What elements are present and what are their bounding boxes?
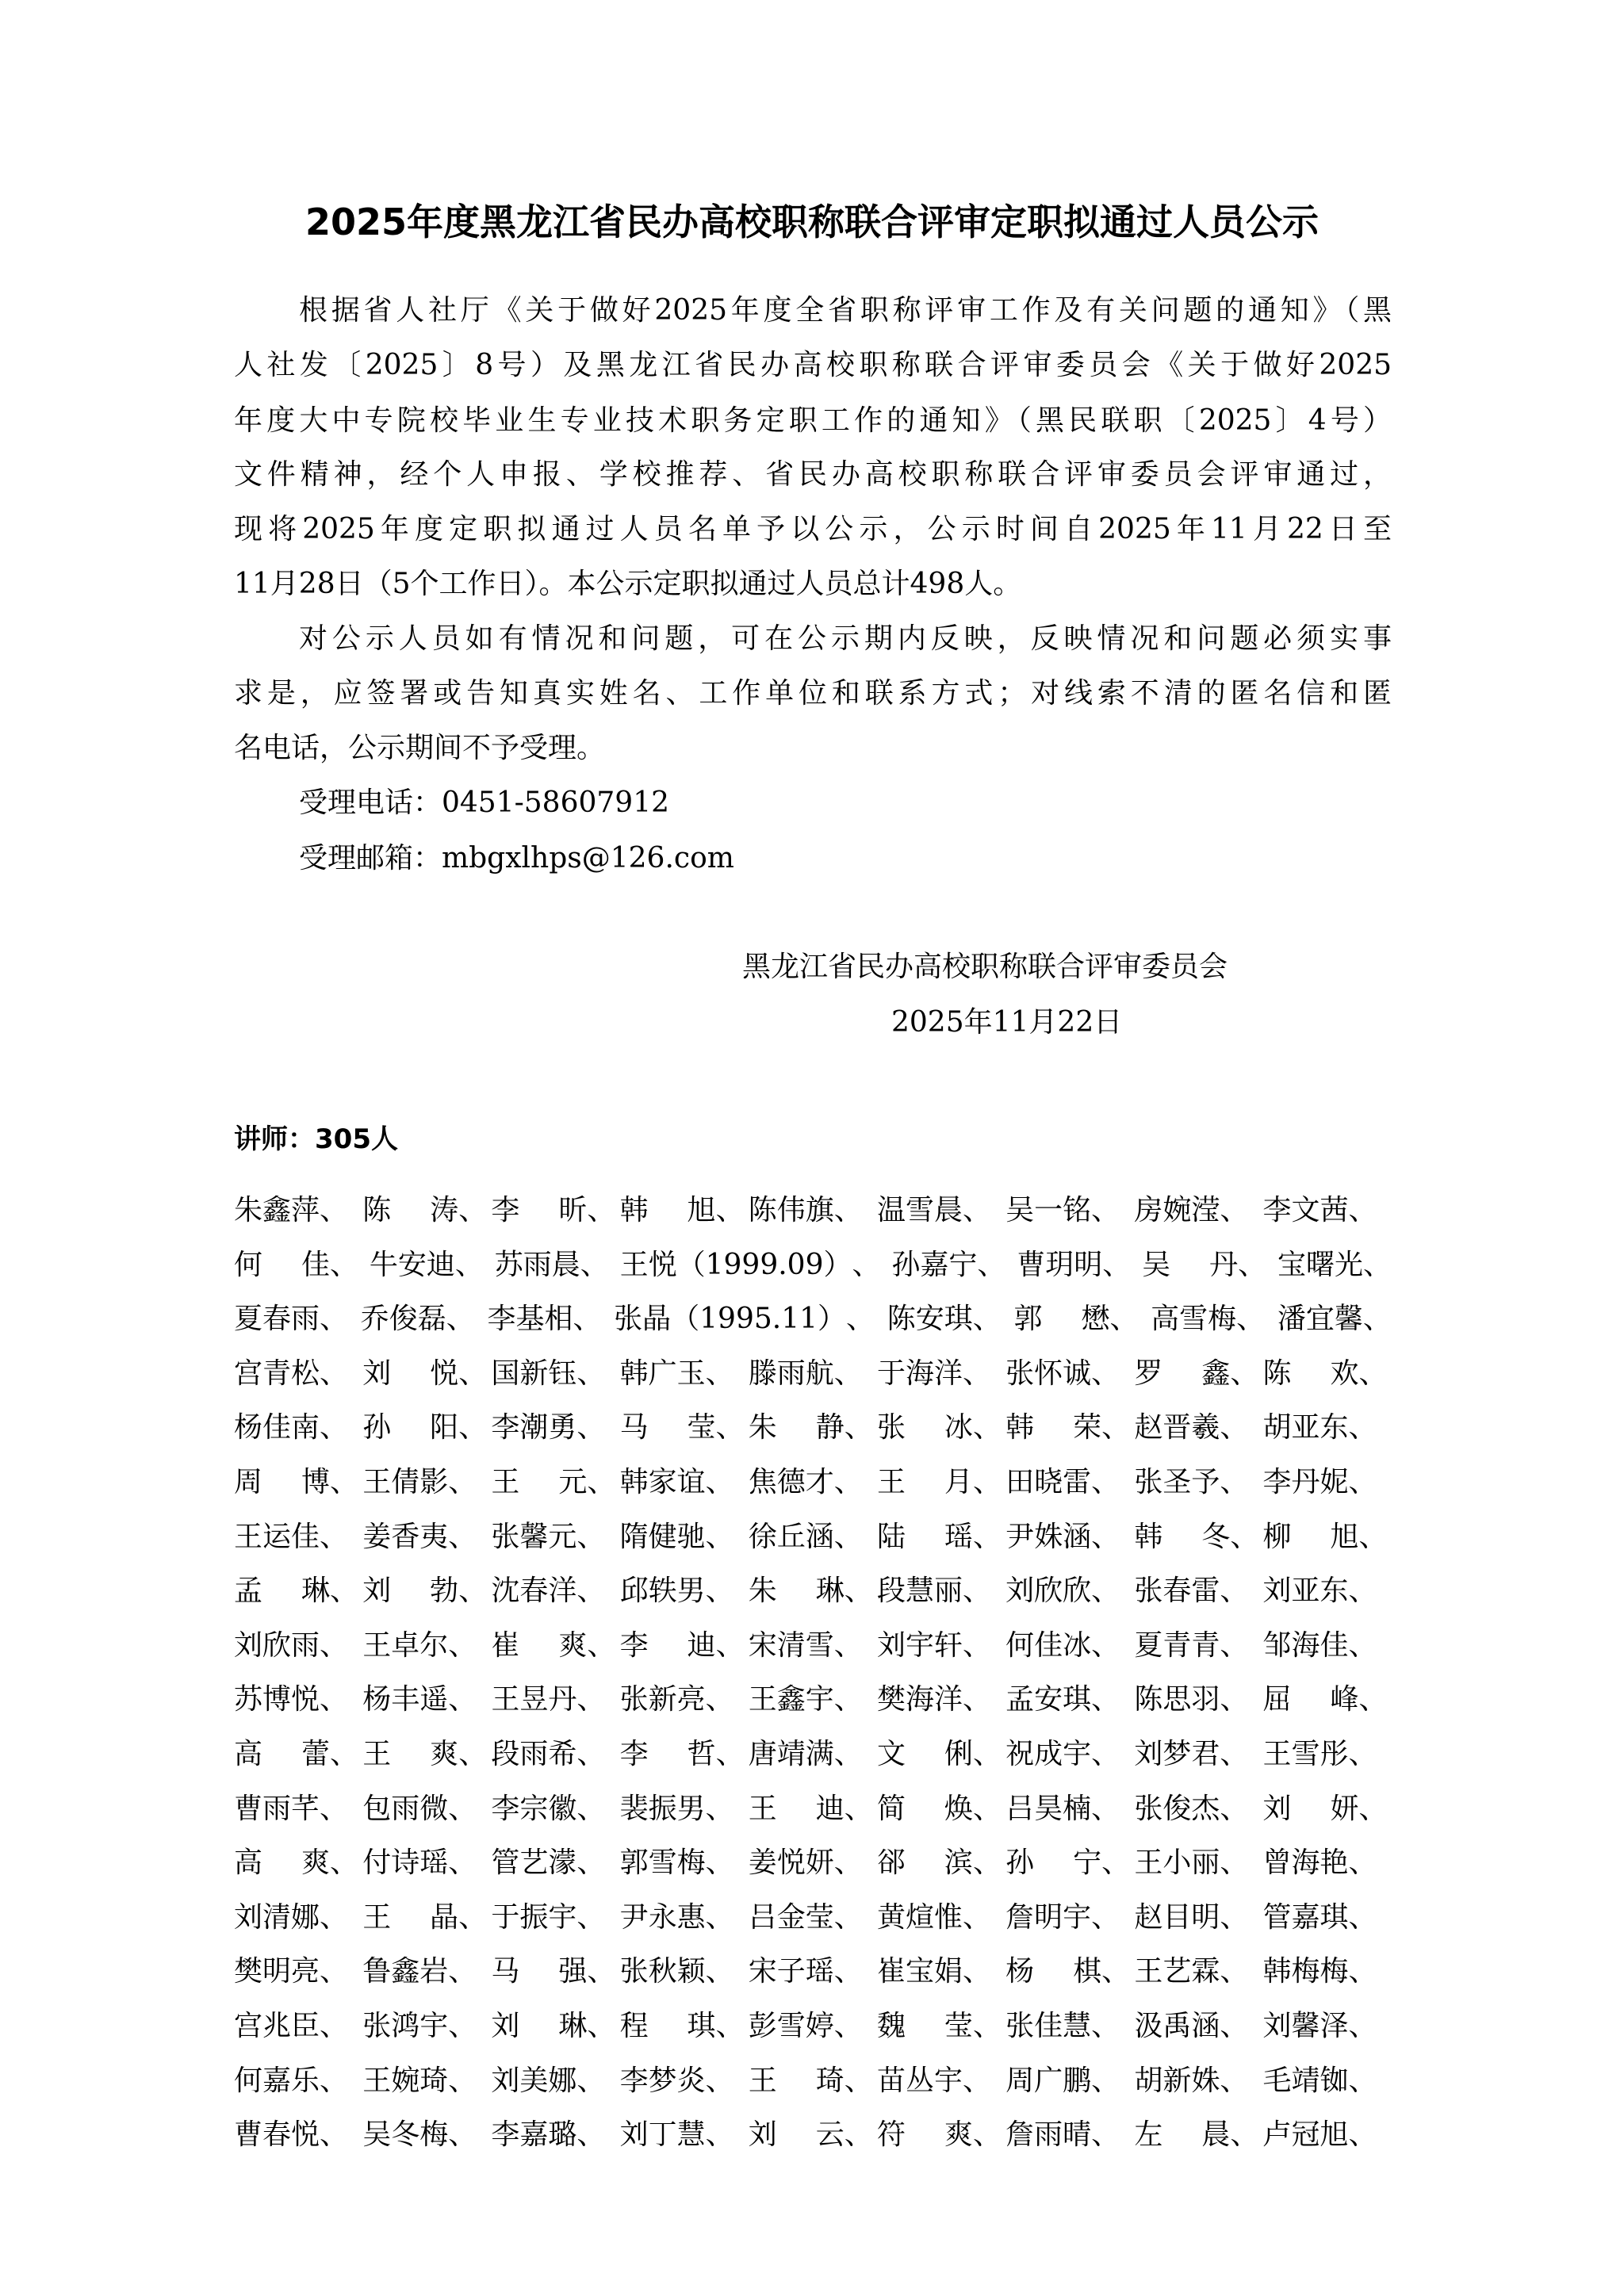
list-item: 卢冠旭、 [1263, 2118, 1392, 2152]
person-name: 高爽 [234, 1846, 330, 1881]
list-item: 王雪彤、 [1263, 1737, 1392, 1772]
person-name: 王迪 [749, 1792, 845, 1827]
list-item: 陈涛、 [362, 1193, 491, 1228]
name-separator: 、 [1101, 1410, 1130, 1445]
name-separator: 、 [706, 1682, 734, 1717]
person-name: 杨丰遥 [362, 1682, 448, 1717]
person-name: 朱琳 [749, 1574, 845, 1609]
name-separator: 、 [963, 1574, 991, 1609]
person-name: 吴丹 [1142, 1248, 1238, 1283]
name-separator: 、 [576, 1792, 605, 1827]
list-item: 张鸿宇、 [362, 2009, 491, 2044]
person-name: 乔俊磊 [361, 1302, 446, 1337]
person-name: 樊海洋 [877, 1682, 963, 1717]
list-item: 李迪、 [620, 1628, 749, 1663]
list-item: 王琦、 [749, 2064, 877, 2099]
list-item: 何佳、 [234, 1248, 358, 1283]
document-page: 2025年度黑龙江省民办高校职称联合评审定职拟通过人员公示 根据省人社厅《关于做… [0, 0, 1624, 2296]
name-separator: 、 [320, 1628, 348, 1663]
person-name: 刘宇轩 [877, 1628, 963, 1663]
name-separator: 、 [834, 1900, 863, 1935]
list-item: 刘清娜、 [234, 1900, 362, 1935]
person-name: 滕雨航 [749, 1357, 834, 1391]
person-name: 管嘉琪 [1263, 1900, 1349, 1935]
list-item: 张新亮、 [620, 1682, 749, 1717]
list-item: 马强、 [491, 1954, 619, 1989]
name-separator: 、 [320, 1954, 348, 1989]
person-name: 张鸿宇 [362, 2009, 448, 2044]
person-name: 王爽 [362, 1737, 458, 1772]
name-separator: 、 [320, 1357, 348, 1391]
person-name: 孙嘉宁 [891, 1248, 977, 1283]
list-item: 苗丛宇、 [877, 2064, 1005, 2099]
name-separator: 、 [706, 1574, 734, 1609]
name-separator: 、 [448, 2009, 477, 2044]
list-item: 罗鑫、 [1134, 1357, 1262, 1391]
person-name: 符爽 [877, 2118, 973, 2152]
person-name: 段雨希 [491, 1737, 576, 1772]
name-separator: 、 [330, 1465, 358, 1500]
person-name: 朱静 [749, 1410, 845, 1445]
person-name: 彭雪婷 [749, 2009, 834, 2044]
list-item: 管嘉琪、 [1263, 1900, 1392, 1935]
person-name: 王元 [491, 1465, 587, 1500]
person-name: 李迪 [620, 1628, 716, 1663]
names-row: 高爽、付诗瑶、管艺濛、郭雪梅、姜悦妍、郤滨、孙宁、王小丽、曾海艳、 [234, 1846, 1392, 1881]
list-item: 孙阳、 [362, 1410, 491, 1445]
list-item: 刘妍、 [1263, 1792, 1392, 1827]
name-separator: 、 [1349, 2118, 1377, 2152]
person-name: 刘亚东 [1263, 1574, 1349, 1609]
person-name: 温雪晨 [877, 1193, 963, 1228]
person-name: 刘欣雨 [234, 1628, 320, 1663]
person-name: 胡新姝 [1134, 2064, 1220, 2099]
list-item: 尹姝涵、 [1005, 1520, 1134, 1555]
person-name: 国新钰 [491, 1357, 576, 1391]
person-name: 汲禹涵 [1134, 2009, 1220, 2044]
list-item: 周广鹏、 [1005, 2064, 1134, 2099]
person-name: 段慧丽 [877, 1574, 963, 1609]
person-name: 赵晋羲 [1134, 1410, 1220, 1445]
name-separator: 、 [576, 2064, 605, 2099]
name-separator: 、 [1091, 2118, 1120, 2152]
list-item: 詹雨晴、 [1005, 2118, 1134, 2152]
person-name: 卢冠旭 [1263, 2118, 1349, 2152]
list-item: 李梦炎、 [620, 2064, 749, 2099]
name-separator: 、 [973, 1737, 1002, 1772]
list-item: 简焕、 [877, 1792, 1005, 1827]
list-item: 张冰、 [877, 1410, 1005, 1445]
person-name: 吕金莹 [749, 1900, 834, 1935]
list-item: 黄煊惟、 [877, 1900, 1005, 1935]
name-separator: 、 [963, 1357, 991, 1391]
list-item: 刘欣雨、 [234, 1628, 362, 1663]
person-name: 胡亚东 [1263, 1410, 1349, 1445]
person-name: 刘妍 [1263, 1792, 1359, 1827]
name-separator: 、 [1349, 1737, 1377, 1772]
person-name: 管艺濛 [491, 1846, 576, 1881]
name-separator: 、 [834, 1357, 863, 1391]
name-separator: 、 [587, 1465, 615, 1500]
name-separator: 、 [576, 1737, 605, 1772]
list-item: 李嘉璐、 [491, 2118, 619, 2152]
name-separator: 、 [706, 1520, 734, 1555]
name-separator: 、 [1220, 1410, 1248, 1445]
name-separator: 、 [320, 1900, 348, 1935]
person-name: 祝成宇 [1005, 1737, 1091, 1772]
list-item: 李丹妮、 [1263, 1465, 1392, 1500]
names-row: 高蕾、王爽、段雨希、李哲、唐靖满、文俐、祝成宇、刘梦君、王雪彤、 [234, 1737, 1392, 1772]
list-item: 于振宇、 [491, 1900, 619, 1935]
name-separator: 、 [1091, 2009, 1120, 2044]
name-separator: 、 [845, 1792, 873, 1827]
name-separator: 、 [845, 1410, 873, 1445]
person-name: 潘宜馨 [1277, 1302, 1363, 1337]
person-name: 刘欣欣 [1005, 1574, 1091, 1609]
person-name: 刘琳 [491, 2009, 587, 2044]
names-row: 何佳、牛安迪、苏雨晨、王悦（1999.09）、孙嘉宁、曹玥明、吴丹、宝曙光、 [234, 1248, 1392, 1283]
name-separator: 、 [576, 1410, 605, 1445]
person-name: 宫兆臣 [234, 2009, 320, 2044]
name-separator: 、 [1349, 1900, 1377, 1935]
person-name: 张怀诚 [1005, 1357, 1091, 1391]
person-name: 刘悦 [362, 1357, 458, 1391]
list-item: 文俐、 [877, 1737, 1005, 1772]
name-separator: 、 [1349, 1574, 1377, 1609]
person-name: 毛靖铷 [1263, 2064, 1349, 2099]
list-item: 樊海洋、 [877, 1682, 1005, 1717]
paragraph-line: 年度大中专院校毕业生专业技术职务定职工作的通知》（黑民联职〔2025〕4号） [234, 404, 1392, 438]
list-item: 滕雨航、 [749, 1357, 877, 1391]
name-separator: 、 [576, 2118, 605, 2152]
name-separator: 、 [834, 1193, 863, 1228]
names-row: 王运佳、姜香夷、张馨元、隋健驰、徐丘涵、陆瑶、尹姝涵、韩冬、柳旭、 [234, 1520, 1392, 1555]
name-separator: 、 [1220, 1465, 1248, 1500]
name-separator: 、 [580, 1248, 609, 1283]
name-separator: 、 [706, 1792, 734, 1827]
name-separator: 、 [834, 1682, 863, 1717]
name-separator: 、 [706, 2064, 734, 2099]
person-name: 王昱丹 [491, 1682, 576, 1717]
list-item: 宝曙光、 [1277, 1248, 1392, 1283]
name-separator: 、 [973, 1410, 1002, 1445]
name-separator: 、 [448, 1682, 477, 1717]
person-name: 陈欢 [1263, 1357, 1359, 1391]
list-item: 刘琳、 [491, 2009, 619, 2044]
name-separator: 、 [1220, 1792, 1248, 1827]
person-name: 韩荣 [1005, 1410, 1101, 1445]
name-separator: 、 [576, 1520, 605, 1555]
list-item: 王迪、 [749, 1792, 877, 1827]
person-name: 曹玥明 [1017, 1248, 1102, 1283]
list-item: 田晓雷、 [1005, 1465, 1134, 1500]
list-item: 何佳冰、 [1005, 1628, 1134, 1663]
list-item: 曹雨芊、 [234, 1792, 362, 1827]
list-item: 曾海艳、 [1263, 1846, 1392, 1881]
person-name: 陈涛 [362, 1193, 458, 1228]
list-item: 陈安琪、 [887, 1302, 1002, 1337]
name-separator: 、 [834, 1954, 863, 1989]
person-name: 刘丁慧 [620, 2118, 706, 2152]
name-separator: 、 [587, 1954, 615, 1989]
name-separator: 、 [963, 1628, 991, 1663]
person-name: 王鑫宇 [749, 1682, 834, 1717]
name-separator: 、 [834, 1628, 863, 1663]
person-name: 王琦 [749, 2064, 845, 2099]
name-separator: 、 [1349, 2064, 1377, 2099]
person-name: 王运佳 [234, 1520, 320, 1555]
list-item: 王鑫宇、 [749, 1682, 877, 1717]
person-name: 柳旭 [1263, 1520, 1359, 1555]
paragraph-line: 根据省人社厅《关于做好2025年度全省职称评审工作及有关问题的通知》（黑 [299, 293, 1392, 328]
person-name: 夏春雨 [234, 1302, 320, 1337]
person-name: 马莹 [620, 1410, 716, 1445]
person-name: 李文茜 [1263, 1193, 1349, 1228]
list-item: 苏博悦、 [234, 1682, 362, 1717]
name-separator: 、 [973, 2118, 1002, 2152]
name-separator: 、 [1238, 1248, 1266, 1283]
list-item: 杨佳南、 [234, 1410, 362, 1445]
list-item: 朱琳、 [749, 1574, 877, 1609]
name-separator: 、 [448, 2064, 477, 2099]
person-name: 曾海艳 [1263, 1846, 1349, 1881]
person-name: 孟琳 [234, 1574, 330, 1609]
list-item: 刘亚东、 [1263, 1574, 1392, 1609]
person-name: 宋清雪 [749, 1628, 834, 1663]
list-item: 周博、 [234, 1465, 362, 1500]
list-item: 胡亚东、 [1263, 1410, 1392, 1445]
person-name: 孙阳 [362, 1410, 458, 1445]
list-item: 国新钰、 [491, 1357, 619, 1391]
list-item: 王悦（1999.09）、 [620, 1248, 881, 1283]
list-item: 刘悦、 [362, 1357, 491, 1391]
name-separator: 、 [1091, 1357, 1120, 1391]
person-name: 姜香夷 [362, 1520, 448, 1555]
person-name: 苏博悦 [234, 1682, 320, 1717]
name-separator: 、 [1236, 1302, 1265, 1337]
list-item: 曹玥明、 [1017, 1248, 1131, 1283]
person-name: 尹永惠 [620, 1900, 706, 1935]
person-name: 高蕾 [234, 1737, 330, 1772]
name-separator: 、 [973, 2009, 1002, 2044]
name-separator: 、 [706, 2118, 734, 2152]
list-item: 王卓尔、 [362, 1628, 491, 1663]
person-name: 尹姝涵 [1005, 1520, 1091, 1555]
list-item: 于海洋、 [877, 1357, 1005, 1391]
name-separator: 、 [973, 1792, 1002, 1827]
name-separator: 、 [1101, 1954, 1130, 1989]
person-name: 张冰 [877, 1410, 973, 1445]
person-name: 陆瑶 [877, 1520, 973, 1555]
list-item: 王元、 [491, 1465, 619, 1500]
person-name: 郤滨 [877, 1846, 973, 1881]
person-name: 曹雨芊 [234, 1792, 320, 1827]
paragraph-line: 名电话，公示期间不予受理。 [234, 731, 1392, 766]
list-item: 崔爽、 [491, 1628, 619, 1663]
person-name: 沈春洋 [491, 1574, 576, 1609]
person-name: 李基相 [487, 1302, 573, 1337]
list-item: 张佳慧、 [1005, 2009, 1134, 2044]
name-separator: 、 [320, 1193, 348, 1228]
list-item: 孙嘉宁、 [891, 1248, 1005, 1283]
person-name: 韩冬 [1134, 1520, 1230, 1555]
list-item: 高蕾、 [234, 1737, 362, 1772]
list-item: 李潮勇、 [491, 1410, 619, 1445]
names-row: 宫兆臣、张鸿宇、刘琳、程琪、彭雪婷、魏莹、张佳慧、汲禹涵、刘馨泽、 [234, 2009, 1392, 2044]
list-item: 隋健驰、 [620, 1520, 749, 1555]
name-separator: 、 [706, 1846, 734, 1881]
list-item: 宫青松、 [234, 1357, 362, 1391]
list-item: 牛安迪、 [370, 1248, 484, 1283]
list-item: 乔俊磊、 [361, 1302, 475, 1337]
name-separator: 、 [1091, 1574, 1120, 1609]
list-item: 潘宜馨、 [1277, 1302, 1392, 1337]
person-name: 周广鹏 [1005, 2064, 1091, 2099]
name-separator: 、 [587, 2009, 615, 2044]
person-name: 李潮勇 [491, 1410, 576, 1445]
name-separator: 、 [1091, 1628, 1120, 1663]
name-separator: 、 [448, 1520, 477, 1555]
person-name: 夏青青 [1134, 1628, 1220, 1663]
person-name: 张晶（1995.11） [614, 1302, 846, 1337]
person-name: 隋健驰 [620, 1520, 706, 1555]
list-item: 王晶、 [362, 1900, 491, 1935]
list-item: 邱轶男、 [620, 1574, 749, 1609]
person-name: 张秋颖 [620, 1954, 706, 1989]
person-name: 刘馨泽 [1263, 2009, 1349, 2044]
name-separator: 、 [576, 1357, 605, 1391]
name-separator: 、 [1349, 1628, 1377, 1663]
name-separator: 、 [330, 1846, 358, 1881]
person-name: 吴一铭 [1005, 1193, 1091, 1228]
list-item: 韩广玉、 [620, 1357, 749, 1391]
name-separator: 、 [1359, 1357, 1388, 1391]
name-separator: 、 [1091, 1465, 1120, 1500]
name-separator: 、 [1220, 1682, 1248, 1717]
person-name: 邹海佳 [1263, 1628, 1349, 1663]
person-name: 徐丘涵 [749, 1520, 834, 1555]
person-name: 杨佳南 [234, 1410, 320, 1445]
list-item: 刘云、 [749, 2118, 877, 2152]
person-name: 韩家谊 [620, 1465, 706, 1500]
list-item: 吴冬梅、 [362, 2118, 491, 2152]
name-separator: 、 [977, 1248, 1005, 1283]
list-item: 朱静、 [749, 1410, 877, 1445]
person-name: 于海洋 [877, 1357, 963, 1391]
list-item: 郭雪梅、 [620, 1846, 749, 1881]
name-separator: 、 [716, 1628, 745, 1663]
name-separator: 、 [1230, 1357, 1258, 1391]
names-row: 刘欣雨、王卓尔、崔爽、李迪、宋清雪、刘宇轩、何佳冰、夏青青、邹海佳、 [234, 1628, 1392, 1663]
person-name: 马强 [491, 1954, 587, 1989]
person-name: 宫青松 [234, 1357, 320, 1391]
list-item: 孟安琪、 [1005, 1682, 1134, 1717]
person-name: 詹明宇 [1005, 1900, 1091, 1935]
name-separator: 、 [963, 2064, 991, 2099]
person-name: 詹雨晴 [1005, 2118, 1091, 2152]
names-row: 朱鑫萍、陈涛、李昕、韩旭、陈伟旗、温雪晨、吴一铭、房婉滢、李文茜、 [234, 1193, 1392, 1228]
list-item: 郭懋、 [1013, 1302, 1138, 1337]
list-item: 曹春悦、 [234, 2118, 362, 2152]
name-separator: 、 [587, 1628, 615, 1663]
person-name: 郭懋 [1013, 1302, 1109, 1337]
person-name: 屈峰 [1263, 1682, 1359, 1717]
person-name: 吕昊楠 [1005, 1792, 1091, 1827]
name-separator: 、 [1363, 1302, 1392, 1337]
list-item: 张俊杰、 [1134, 1792, 1262, 1827]
person-name: 张春雷 [1134, 1574, 1220, 1609]
name-separator: 、 [834, 1520, 863, 1555]
person-name: 魏莹 [877, 2009, 973, 2044]
name-separator: 、 [458, 1357, 487, 1391]
list-item: 张晶（1995.11）、 [614, 1302, 875, 1337]
list-item: 高爽、 [234, 1846, 362, 1881]
list-item: 宋子瑶、 [749, 1954, 877, 1989]
name-separator: 、 [973, 1846, 1002, 1881]
list-item: 马莹、 [620, 1410, 749, 1445]
person-name: 吴冬梅 [362, 2118, 448, 2152]
name-separator: 、 [330, 1737, 358, 1772]
name-separator: 、 [1349, 2009, 1377, 2044]
person-name: 宋子瑶 [749, 1954, 834, 1989]
list-item: 包雨微、 [362, 1792, 491, 1827]
name-separator: 、 [1091, 1792, 1120, 1827]
person-name: 张佳慧 [1005, 2009, 1091, 2044]
name-separator: 、 [1101, 1846, 1130, 1881]
name-separator: 、 [1091, 1193, 1120, 1228]
person-name: 王卓尔 [362, 1628, 448, 1663]
name-separator: 、 [1220, 1628, 1248, 1663]
person-name: 王晶 [362, 1900, 458, 1935]
list-item: 赵目明、 [1134, 1900, 1262, 1935]
person-name: 韩广玉 [620, 1357, 706, 1391]
person-name: 刘勃 [362, 1574, 458, 1609]
person-name: 刘美娜 [491, 2064, 576, 2099]
person-name: 简焕 [877, 1792, 973, 1827]
name-separator: 、 [1220, 1737, 1248, 1772]
list-item: 邹海佳、 [1263, 1628, 1392, 1663]
name-separator: 、 [973, 1465, 1002, 1500]
list-item: 管艺濛、 [491, 1846, 619, 1881]
person-name: 田晓雷 [1005, 1465, 1091, 1500]
list-item: 胡新姝、 [1134, 2064, 1262, 2099]
name-separator: 、 [320, 1302, 348, 1337]
names-row: 苏博悦、杨丰遥、王昱丹、张新亮、王鑫宇、樊海洋、孟安琪、陈思羽、屈峰、 [234, 1682, 1392, 1717]
name-separator: 、 [458, 1193, 487, 1228]
names-row: 樊明亮、鲁鑫岩、马强、张秋颖、宋子瑶、崔宝娟、杨棋、王艺霖、韩梅梅、 [234, 1954, 1392, 1989]
list-item: 唐靖满、 [749, 1737, 877, 1772]
contact-phone: 受理电话：0451-58607912 [299, 786, 1392, 821]
list-item: 王小丽、 [1134, 1846, 1262, 1881]
section-heading-lecturers: 讲师：305人 [234, 1122, 398, 1157]
person-name: 李昕 [491, 1193, 587, 1228]
list-item: 孟琳、 [234, 1574, 362, 1609]
list-item: 刘美娜、 [491, 2064, 619, 2099]
person-name: 邱轶男 [620, 1574, 706, 1609]
names-row: 周博、王倩影、王元、韩家谊、焦德才、王月、田晓雷、张圣予、李丹妮、 [234, 1465, 1392, 1500]
list-item: 王昱丹、 [491, 1682, 619, 1717]
name-separator: 、 [834, 1737, 863, 1772]
list-item: 柳旭、 [1263, 1520, 1392, 1555]
person-name: 崔爽 [491, 1628, 587, 1663]
list-item: 尹永惠、 [620, 1900, 749, 1935]
contact-email: 受理邮箱：mbgxlhps@126.com [299, 841, 1392, 876]
person-name: 付诗瑶 [362, 1846, 448, 1881]
name-separator: 、 [458, 1574, 487, 1609]
person-name: 宝曙光 [1277, 1248, 1363, 1283]
list-item: 刘欣欣、 [1005, 1574, 1134, 1609]
name-separator: 、 [973, 1520, 1002, 1555]
